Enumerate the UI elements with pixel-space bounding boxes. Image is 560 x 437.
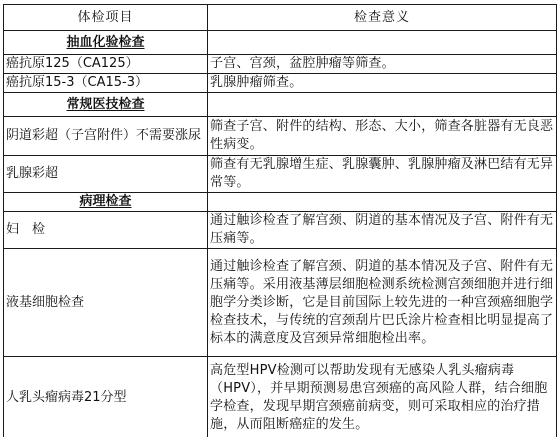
empty-cell	[208, 31, 557, 55]
section-title: 抽血化验检查	[4, 31, 208, 55]
meaning-cell: 通过触诊检查了解宫颈、阴道的基本情况及子宫、附件有无压痛等。采用液基薄层细胞检测…	[208, 249, 557, 357]
meaning-cell: 筛查子宫、附件的结构、形态、大小，筛查各脏器有无良恶性病变。	[208, 117, 557, 156]
empty-cell	[208, 93, 557, 117]
item-cell: 癌抗原15-3（CA15-3）	[4, 74, 208, 93]
section-row-pathology: 病理检查	[4, 193, 557, 212]
item-cell: 人乳头瘤病毒21分型	[4, 357, 208, 437]
section-row-blood-test: 抽血化验检查	[4, 31, 557, 55]
table-row: 人乳头瘤病毒21分型 高危型HPV检测可以帮助发现有无感染人乳头瘤病毒（HPV）…	[4, 357, 557, 437]
section-title: 病理检查	[4, 193, 208, 212]
table-row: 乳腺彩超 筛查有无乳腺增生症、乳腺囊肿、乳腺肿瘤及淋巴结有无异常等。	[4, 156, 557, 193]
table-row: 阴道彩超（子宫附件）不需要涨尿 筛查子宫、附件的结构、形态、大小，筛查各脏器有无…	[4, 117, 557, 156]
item-cell: 乳腺彩超	[4, 156, 208, 193]
table-row: 癌抗原15-3（CA15-3） 乳腺肿瘤筛查。	[4, 74, 557, 93]
header-exam-item: 体检项目	[4, 5, 208, 31]
meaning-cell: 乳腺肿瘤筛查。	[208, 74, 557, 93]
exam-items-table: 体检项目 检查意义 抽血化验检查 癌抗原125（CA125） 子宫、宫颈，盆腔肿…	[3, 4, 557, 437]
item-cell: 妇 检	[4, 212, 208, 249]
empty-cell	[208, 193, 557, 212]
section-title-text: 常规医技检查	[66, 97, 144, 112]
meaning-cell: 筛查有无乳腺增生症、乳腺囊肿、乳腺肿瘤及淋巴结有无异常等。	[208, 156, 557, 193]
section-title: 常规医技检查	[4, 93, 208, 117]
table-header-row: 体检项目 检查意义	[4, 5, 557, 31]
table-row: 液基细胞检查 通过触诊检查了解宫颈、阴道的基本情况及子宫、附件有无压痛等。采用液…	[4, 249, 557, 357]
meaning-cell: 高危型HPV检测可以帮助发现有无感染人乳头瘤病毒（HPV），并早期预测易患宫颈癌…	[208, 357, 557, 437]
section-row-imaging: 常规医技检查	[4, 93, 557, 117]
meaning-cell: 通过触诊检查了解宫颈、阴道的基本情况及子宫、附件有无压痛等。	[208, 212, 557, 249]
item-cell: 阴道彩超（子宫附件）不需要涨尿	[4, 117, 208, 156]
item-cell: 液基细胞检查	[4, 249, 208, 357]
table-row: 妇 检 通过触诊检查了解宫颈、阴道的基本情况及子宫、附件有无压痛等。	[4, 212, 557, 249]
meaning-cell: 子宫、宫颈，盆腔肿瘤等筛查。	[208, 55, 557, 74]
item-cell: 癌抗原125（CA125）	[4, 55, 208, 74]
header-exam-meaning: 检查意义	[208, 5, 557, 31]
section-title-text: 抽血化验检查	[66, 35, 144, 50]
section-title-text: 病理检查	[79, 194, 131, 209]
table-row: 癌抗原125（CA125） 子宫、宫颈，盆腔肿瘤等筛查。	[4, 55, 557, 74]
